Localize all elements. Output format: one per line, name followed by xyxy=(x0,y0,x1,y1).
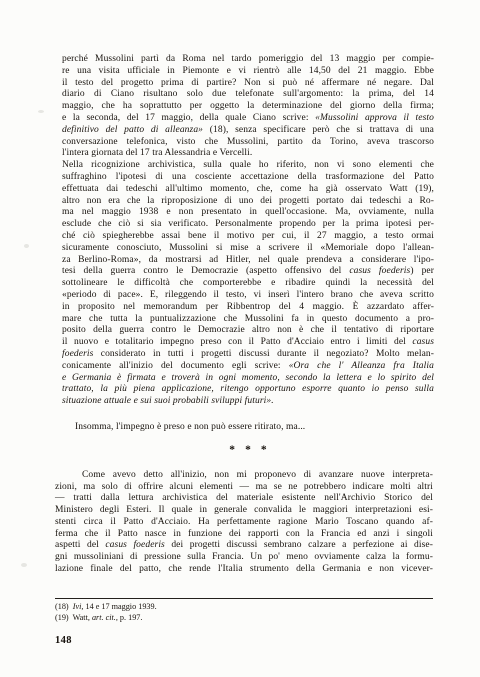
italic-run: foederis xyxy=(62,349,93,359)
text-line: sottolineare le difficoltà che comporter… xyxy=(62,278,434,290)
text-run: za Berlino-Roma», da mostrarsi ad Hitler… xyxy=(62,255,434,265)
stars-separator: * * * xyxy=(62,444,434,456)
text-line: diario di Ciano risultano solo due telef… xyxy=(62,89,434,101)
italic-run: «Ora che l' Alleanza fra Italia xyxy=(289,361,434,371)
text-run: stenti circa il Patto d'Acciaio. Ha perf… xyxy=(55,517,433,527)
text-run: conversazione telefonica, visto che Muss… xyxy=(62,137,434,147)
text-run: , 14 e 17 maggio 1939. xyxy=(81,602,156,611)
text-line: trattato, la più piena applicazione, rit… xyxy=(62,384,434,396)
text-line: aspetti del casus foederis dei progetti … xyxy=(55,540,433,552)
text-line: il testo del progetto prima di partire? … xyxy=(62,78,434,90)
text-run: in proposito nel memorandum per Ribbentr… xyxy=(62,302,434,312)
text-run: diario di Ciano risultano solo due telef… xyxy=(62,89,434,99)
text-run: posito della guerra contro le Democrazie… xyxy=(62,325,434,335)
text-run: perché Mussolini partì da Roma nel tardo… xyxy=(62,54,434,64)
text-line: suffraghino l'ipotesi di una cosciente a… xyxy=(62,172,434,184)
text-line: stenti circa il Patto d'Acciaio. Ha perf… xyxy=(55,517,433,529)
text-run: l'intera giornata del 17 tra Alessandria… xyxy=(62,148,252,158)
text-line: esclude che ciò si sia verificato. Perso… xyxy=(62,219,434,231)
text-run: zioni, ma solo di offrire alcuni element… xyxy=(55,482,433,492)
text-line: zioni, ma solo di offrire alcuni element… xyxy=(55,482,433,494)
text-run: gni mussoliniani di pressione sulla Fran… xyxy=(55,552,433,562)
text-line: lazione finale del patto, che rende l'It… xyxy=(55,564,433,576)
footnote-rule xyxy=(55,598,433,599)
italic-run: casus xyxy=(412,337,434,347)
text-run: tesi della guerra contro le Democrazie (… xyxy=(62,266,349,276)
text-run: considerato in tutti i progetti discussi… xyxy=(93,349,434,359)
scan-smudge xyxy=(38,110,44,113)
text-line: Nella ricognizione archivistica, sulla q… xyxy=(62,160,434,172)
text-line: gni mussoliniani di pressione sulla Fran… xyxy=(55,552,433,564)
paragraph-1: perché Mussolini partì da Roma nel tardo… xyxy=(62,54,434,160)
text-run: Insomma, l'impegno è preso e non può ess… xyxy=(75,422,305,432)
text-line: (18) Ivi, 14 e 17 maggio 1939. xyxy=(55,601,433,612)
text-line: conicamente all'inizio del documento egl… xyxy=(62,361,434,373)
text-line: e Germania è firmata e troverà in ogni m… xyxy=(62,373,434,385)
text-line: posito della guerra contro le Democrazie… xyxy=(62,325,434,337)
scanned-book-page: perché Mussolini partì da Roma nel tardo… xyxy=(0,0,480,677)
text-line: conversazione telefonica, visto che Muss… xyxy=(62,137,434,149)
text-line: tesi della guerra contro le Democrazie (… xyxy=(62,266,434,278)
text-run: ) per xyxy=(410,266,434,276)
text-run: mare che tutta la puntualizzazione che M… xyxy=(62,314,434,324)
text-run: — tratti dalla lettura archivistica del … xyxy=(55,493,433,503)
text-run: Nella ricognizione archivistica, sulla q… xyxy=(62,160,434,170)
text-run: sottolineare le difficoltà che comporter… xyxy=(62,278,434,288)
text-run: Ministero degli Esteri. Il quale in gene… xyxy=(55,505,433,515)
italic-run: casus foederis xyxy=(349,266,410,276)
text-line: «periodo di pace». E, rileggendo il test… xyxy=(62,290,434,302)
text-run: maggio, che ha soprattutto per oggetto l… xyxy=(62,101,434,111)
italic-run: art. cit. xyxy=(92,613,116,622)
text-run: esclude che ciò si sia verificato. Perso… xyxy=(62,219,434,229)
footnotes: (18) Ivi, 14 e 17 maggio 1939.(19) Watt,… xyxy=(55,601,433,623)
text-column: perché Mussolini partì da Roma nel tardo… xyxy=(0,0,480,623)
text-line: za Berlino-Roma», da mostrarsi ad Hitler… xyxy=(62,255,434,267)
text-run: Come avevo detto all'inizio, non mi prop… xyxy=(82,470,433,480)
text-run: * * * xyxy=(229,444,267,456)
text-run: aspetti del xyxy=(55,540,105,550)
text-run: re una visita ufficiale in Piemonte e vi… xyxy=(62,66,434,76)
text-line: Come avevo detto all'inizio, non mi prop… xyxy=(55,470,433,482)
text-line: sicuramente conosciuto, Mussolini si mis… xyxy=(62,243,434,255)
text-run: dei progetti discussi sembrano calzare a… xyxy=(165,540,433,550)
text-run: e la seconda, del 17 maggio, della quale… xyxy=(62,113,315,123)
text-line: effettuata dai tedeschi all'ultimo momen… xyxy=(62,184,434,196)
paragraph-3: Come avevo detto all'inizio, non mi prop… xyxy=(55,470,433,576)
text-line: ché ciò spiegherebbe assai bene il motiv… xyxy=(62,231,434,243)
page-number: 148 xyxy=(55,635,480,646)
text-line: Insomma, l'impegno è preso e non può ess… xyxy=(62,422,434,434)
text-run: sicuramente conosciuto, Mussolini si mis… xyxy=(62,243,434,253)
text-run: il testo del progetto prima di partire? … xyxy=(62,78,434,88)
text-run: ferma che il Patto nasce in funzione dei… xyxy=(55,529,433,539)
text-run: ché ciò spiegherebbe assai bene il motiv… xyxy=(62,231,434,241)
italic-run: definitivo del patto di alleanza» xyxy=(62,125,203,135)
text-line: l'intera giornata del 17 tra Alessandria… xyxy=(62,148,434,160)
text-line: mare che tutta la puntualizzazione che M… xyxy=(62,314,434,326)
text-run: «periodo di pace». E, rileggendo il test… xyxy=(62,290,434,300)
italic-run: e Germania è firmata e troverà in ogni m… xyxy=(62,373,434,383)
text-line: altro non era che la riproposizione di u… xyxy=(62,196,434,208)
italic-run: casus foederis xyxy=(105,540,165,550)
text-line: — tratti dalla lettura archivistica del … xyxy=(55,493,433,505)
text-line: ma nel maggio 1938 e non presentato in q… xyxy=(62,207,434,219)
text-run: , p. 197. xyxy=(116,613,143,622)
text-line: Ministero degli Esteri. Il quale in gene… xyxy=(55,505,433,517)
text-run: (18) xyxy=(55,602,73,611)
scan-smudge xyxy=(21,563,27,567)
text-line: in proposito nel memorandum per Ribbentr… xyxy=(62,302,434,314)
italic-run: «Mussolini approva il testo xyxy=(315,113,434,123)
text-run: lazione finale del patto, che rende l'It… xyxy=(55,564,433,574)
text-run: (19) Watt, xyxy=(55,613,92,622)
text-run: suffraghino l'ipotesi di una cosciente a… xyxy=(62,172,434,182)
paragraph-2: Nella ricognizione archivistica, sulla q… xyxy=(62,160,434,408)
text-run: ma nel maggio 1938 e non presentato in q… xyxy=(62,207,434,217)
italic-run: trattato, la più piena applicazione, rit… xyxy=(62,384,434,394)
text-line: (19) Watt, art. cit., p. 197. xyxy=(55,612,433,623)
text-run: altro non era che la riproposizione di u… xyxy=(62,196,434,206)
text-line: foederis considerato in tutti i progetti… xyxy=(62,349,434,361)
text-line: re una visita ufficiale in Piemonte e vi… xyxy=(62,66,434,78)
scan-smudge xyxy=(24,244,29,248)
text-run: effettuata dai tedeschi all'ultimo momen… xyxy=(62,184,434,194)
text-line: definitivo del patto di alleanza» (18), … xyxy=(62,125,434,137)
text-line: e la seconda, del 17 maggio, della quale… xyxy=(62,113,434,125)
text-line: perché Mussolini partì da Roma nel tardo… xyxy=(62,54,434,66)
text-line: * * * xyxy=(62,444,434,456)
text-line: ferma che il Patto nasce in funzione dei… xyxy=(55,529,433,541)
italic-run: situazione attuale e sui suoi probabili … xyxy=(62,396,274,406)
text-run: il nuovo e totalitario impegno preso con… xyxy=(62,337,412,347)
text-line: il nuovo e totalitario impegno preso con… xyxy=(62,337,434,349)
paragraph-insomma: Insomma, l'impegno è preso e non può ess… xyxy=(62,422,434,434)
text-line: maggio, che ha soprattutto per oggetto l… xyxy=(62,101,434,113)
text-run: conicamente all'inizio del documento egl… xyxy=(62,361,289,371)
text-run: (18), senza specificare però che si trat… xyxy=(203,125,434,135)
text-line: situazione attuale e sui suoi probabili … xyxy=(62,396,434,408)
